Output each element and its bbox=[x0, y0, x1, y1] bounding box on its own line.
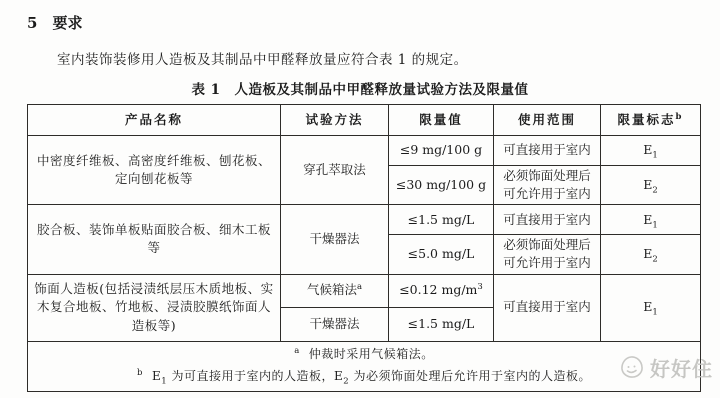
limit-cell: ≤1.5 mg/L bbox=[389, 205, 494, 235]
limit-value: ≤5.0 mg/L bbox=[408, 246, 475, 261]
footnote-a-text: 仲裁时采用气候箱法。 bbox=[309, 347, 434, 361]
mark-cell: E1 bbox=[601, 136, 701, 166]
method-cell: 干燥器法 bbox=[281, 205, 389, 274]
header-mark-footnote-ref: b bbox=[676, 112, 684, 122]
header-mark: 限量标志b bbox=[601, 105, 701, 136]
table-title: 表 1 人造板及其制品中甲醛释放量试验方法及限量值 bbox=[0, 78, 720, 98]
mark-base: E bbox=[643, 177, 652, 192]
document-page: 5 要求 室内装饰装修用人造板及其制品中甲醛释放量应符合表 1 的规定。 表 1… bbox=[0, 0, 720, 398]
limit-value: ≤1.5 mg/L bbox=[408, 316, 475, 331]
mark-cell: E2 bbox=[601, 166, 701, 205]
scope-cell: 必须饰面处理后可允许用于室内 bbox=[494, 235, 601, 274]
footnote-b-text-2: 为必须饰面处理后允许用于室内的人造板。 bbox=[349, 369, 591, 383]
mark-base: E bbox=[643, 212, 652, 227]
intro-paragraph: 室内装饰装修用人造板及其制品中甲醛释放量应符合表 1 的规定。 bbox=[57, 48, 720, 68]
mark-sub: 1 bbox=[652, 308, 657, 318]
product-cell: 胶合板、装饰单板贴面胶合板、细木工板等 bbox=[28, 205, 281, 274]
limit-value: ≤0.12 mg/m bbox=[399, 282, 477, 297]
limit-value: ≤30 mg/100 g bbox=[396, 177, 486, 192]
limit-cell: ≤5.0 mg/L bbox=[389, 235, 494, 274]
limit-cell: ≤30 mg/100 g bbox=[389, 166, 494, 205]
mark-cell: E1 bbox=[601, 274, 701, 341]
table-row: 饰面人造板(包括浸渍纸层压木质地板、实木复合地板、竹地板、浸渍胶膜纸饰面人造板等… bbox=[28, 274, 701, 307]
method-cell: 干燥器法 bbox=[281, 307, 389, 341]
watermark-label: 好好住 bbox=[650, 353, 713, 382]
header-limit: 限量值 bbox=[389, 105, 494, 136]
footnotes-cell: a仲裁时采用气候箱法。 bE1 为可直接用于室内的人造板，E2 为必须饰面处理后… bbox=[28, 341, 701, 391]
method-cell: 气候箱法a bbox=[281, 274, 389, 307]
section-number: 5 bbox=[27, 14, 37, 32]
limit-cell: ≤9 mg/100 g bbox=[389, 136, 494, 166]
footnote-b-text-1: 为可直接用于室内的人造板， bbox=[167, 369, 334, 383]
footnote-a: a仲裁时采用气候箱法。 bbox=[33, 344, 695, 366]
table-row: 中密度纤维板、高密度纤维板、刨花板、定向刨花板等 穿孔萃取法 ≤9 mg/100… bbox=[28, 136, 701, 166]
mark-base: E bbox=[643, 246, 652, 261]
method-label: 干燥器法 bbox=[309, 231, 359, 246]
footnote-b: bE1 为可直接用于室内的人造板，E2 为必须饰面处理后允许用于室内的人造板。 bbox=[33, 366, 695, 388]
haohaozhu-logo-icon bbox=[619, 355, 645, 381]
formaldehyde-limits-table: 产品名称 试验方法 限量值 使用范围 限量标志b 中密度纤维板、高密度纤维板、刨… bbox=[27, 104, 701, 392]
mark-sub: 2 bbox=[652, 255, 657, 265]
limit-value: ≤1.5 mg/L bbox=[408, 212, 475, 227]
method-cell: 穿孔萃取法 bbox=[281, 136, 389, 205]
footnotes-row: a仲裁时采用气候箱法。 bE1 为可直接用于室内的人造板，E2 为必须饰面处理后… bbox=[28, 341, 701, 391]
header-product: 产品名称 bbox=[28, 105, 281, 136]
mark-cell: E1 bbox=[601, 205, 701, 235]
limit-value: ≤9 mg/100 g bbox=[400, 142, 482, 157]
method-label: 穿孔萃取法 bbox=[303, 162, 366, 177]
product-cell: 中密度纤维板、高密度纤维板、刨花板、定向刨花板等 bbox=[28, 136, 281, 205]
footnote-b-marker: b bbox=[137, 368, 143, 378]
header-scope: 使用范围 bbox=[494, 105, 601, 136]
scope-cell: 必须饰面处理后可允许用于室内 bbox=[494, 166, 601, 205]
table-row: 胶合板、装饰单板贴面胶合板、细木工板等 干燥器法 ≤1.5 mg/L 可直接用于… bbox=[28, 205, 701, 235]
method-label: 干燥器法 bbox=[309, 316, 359, 331]
section-title: 要求 bbox=[52, 12, 82, 33]
header-mark-label: 限量标志 bbox=[618, 112, 676, 127]
method-label: 气候箱法 bbox=[307, 282, 357, 297]
footnote-b-e1: E bbox=[152, 369, 161, 383]
limit-cell: ≤0.12 mg/m3 bbox=[389, 274, 494, 307]
scope-cell: 可直接用于室内 bbox=[494, 136, 601, 166]
section-heading: 5 要求 bbox=[27, 12, 720, 33]
scope-cell: 可直接用于室内 bbox=[494, 205, 601, 235]
scope-cell: 可直接用于室内 bbox=[494, 274, 601, 341]
limit-cell: ≤1.5 mg/L bbox=[389, 307, 494, 341]
method-footnote-ref: a bbox=[357, 282, 362, 292]
product-cell: 饰面人造板(包括浸渍纸层压木质地板、实木复合地板、竹地板、浸渍胶膜纸饰面人造板等… bbox=[28, 274, 281, 341]
mark-sub: 1 bbox=[652, 151, 657, 161]
footnote-a-marker: a bbox=[294, 346, 300, 356]
header-method: 试验方法 bbox=[281, 105, 389, 136]
limit-sup: 3 bbox=[477, 282, 482, 292]
mark-base: E bbox=[643, 299, 652, 314]
mark-base: E bbox=[643, 142, 652, 157]
watermark: 好好住 bbox=[615, 351, 717, 384]
mark-sub: 1 bbox=[652, 220, 657, 230]
mark-sub: 2 bbox=[652, 186, 657, 196]
footnote-b-e2: E bbox=[334, 369, 343, 383]
mark-cell: E2 bbox=[601, 235, 701, 274]
table-header-row: 产品名称 试验方法 限量值 使用范围 限量标志b bbox=[28, 105, 701, 136]
